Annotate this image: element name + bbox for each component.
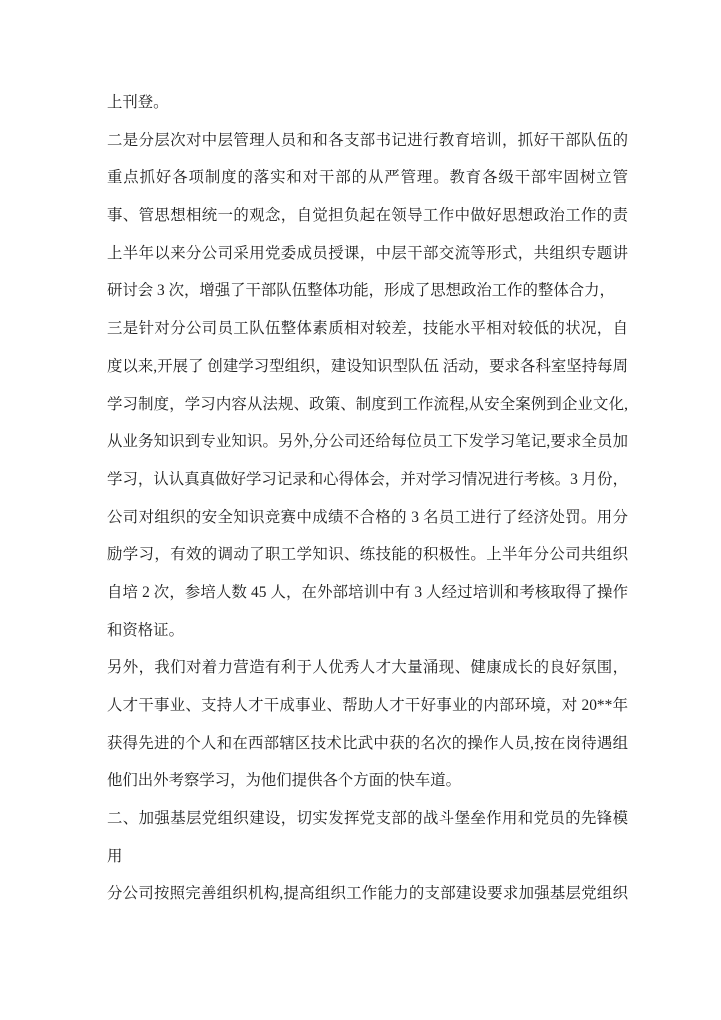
text-line: 获得先进的个人和在西部辖区技术比武中获的名次的操作人员,按在岗待遇组织 <box>107 725 628 763</box>
text-line: 度以来,开展了 创建学习型组织，建设知识型队伍 活动，要求各科室坚持每周 <box>107 348 628 386</box>
text-line: 从业务知识到专业知识。另外,分公司还给每位员工下发学习笔记,要求全员加强 <box>107 423 628 461</box>
text-line: 事、管思想相统一的观念，自觉担负起在领导工作中做好思想政治工作的责任， <box>107 197 628 235</box>
document-body: 上刊登。二是分层次对中层管理人员和和各支部书记进行教育培训，抓好干部队伍的教育。… <box>107 84 628 913</box>
text-line: 二、加强基层党组织建设，切实发挥党支部的战斗堡垒作用和党员的先锋模范作 <box>107 800 628 838</box>
text-line: 人才干事业、支持人才干成事业、帮助人才干好事业的内部环境，对 20**年度 <box>107 687 628 725</box>
text-line: 自培 2 次，参培人数 45 人，在外部培训中有 3 人经过培训和考核取得了操作… <box>107 574 628 612</box>
text-line: 和资格证。 <box>107 612 628 650</box>
text-line: 二是分层次对中层管理人员和和各支部书记进行教育培训，抓好干部队伍的教育。 <box>107 122 628 160</box>
text-line: 上刊登。 <box>107 84 628 122</box>
text-line: 学习制度，学习内容从法规、政策、制度到工作流程,从安全案例到企业文化, <box>107 386 628 424</box>
text-line: 励学习，有效的调动了职工学知识、练技能的积极性。上半年分公司共组织内部 <box>107 536 628 574</box>
text-line: 分公司按照完善组织机构,提高组织工作能力的支部建设要求加强基层党组织建 <box>107 875 628 913</box>
text-line: 他们出外考察学习，为他们提供各个方面的快车道。 <box>107 762 628 800</box>
text-line: 用 <box>107 838 628 876</box>
text-line: 研讨会 3 次，增强了干部队伍整体功能，形成了思想政治工作的整体合力， <box>107 272 628 310</box>
text-line: 公司对组织的安全知识竞赛中成绩不合格的 3 名员工进行了经济处罚。用分配激 <box>107 499 628 537</box>
text-line: 另外，我们对着力营造有利于人优秀人才大量涌现、健康成长的良好氛围，鼓励 <box>107 649 628 687</box>
document-page: 上刊登。二是分层次对中层管理人员和和各支部书记进行教育培训，抓好干部队伍的教育。… <box>0 0 721 1020</box>
text-line: 学习，认认真真做好学习记录和心得体会，并对学习情况进行考核。3 月份，分 <box>107 461 628 499</box>
text-line: 三是针对分公司员工队伍整体素质相对较差，技能水平相对较低的状况，自一季 <box>107 310 628 348</box>
text-line: 重点抓好各项制度的落实和对干部的从严管理。教育各级干部牢固树立管人、管 <box>107 159 628 197</box>
text-line: 上半年以来分公司采用党委成员授课，中层干部交流等形式，共组织专题讲座和 <box>107 235 628 273</box>
